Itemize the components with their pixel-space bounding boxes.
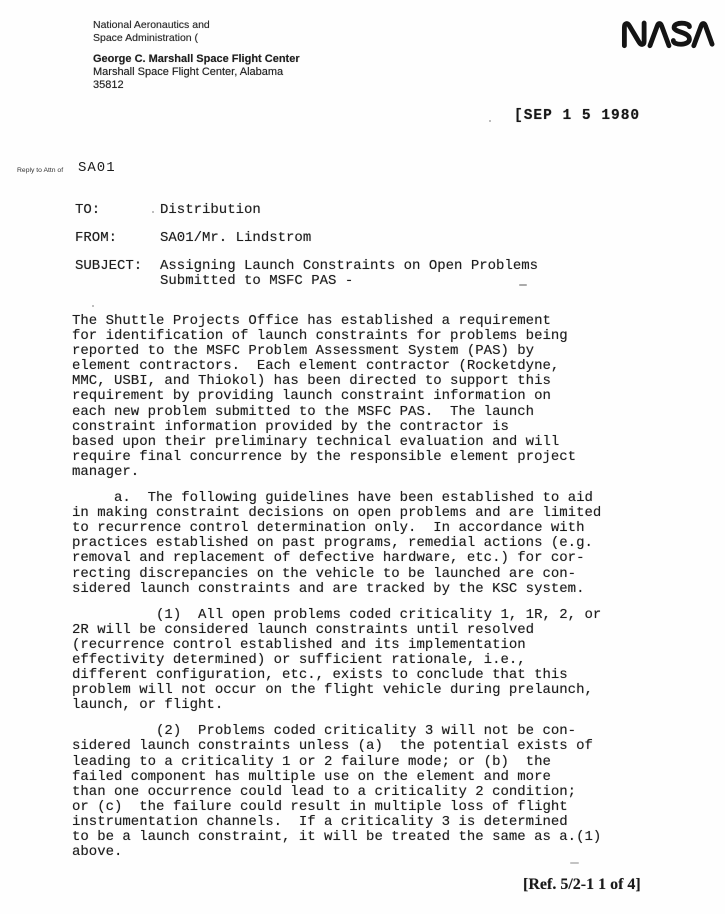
scan-noise	[152, 211, 154, 213]
date-stamp: [SEP 1 5 1980	[514, 108, 640, 124]
from-value: SA01/Mr. Lindstrom	[160, 231, 311, 246]
subject-value: Assigning Launch Constraints on Open Pro…	[160, 259, 538, 289]
center-address: George C. Marshall Space Flight Center M…	[93, 53, 300, 92]
center-name: George C. Marshall Space Flight Center	[93, 53, 300, 66]
scan-noise	[489, 120, 491, 122]
footer-reference: [Ref. 5/2-1 1 of 4]	[523, 876, 641, 894]
agency-name: National Aeronautics and Space Administr…	[93, 19, 210, 44]
scan-noise	[570, 862, 579, 864]
memo-body: The Shuttle Projects Office has establis…	[72, 314, 652, 871]
from-label: FROM:	[75, 231, 160, 246]
to-label: TO:	[75, 203, 160, 218]
paragraph-intro: The Shuttle Projects Office has establis…	[72, 314, 652, 480]
reply-to-label: Reply to Attn of	[17, 167, 63, 174]
center-city: Marshall Space Flight Center, Alabama	[93, 66, 300, 79]
memo-row-from: FROM:SA01/Mr. Lindstrom	[75, 231, 311, 246]
memo-row-subject: SUBJECT:Assigning Launch Constraints on …	[75, 259, 538, 289]
nasa-worm-logo-icon	[620, 16, 715, 52]
memo-row-to: TO:Distribution	[75, 203, 261, 218]
to-value: Distribution	[160, 203, 261, 218]
scan-noise	[92, 305, 94, 307]
paragraph-a: a. The following guidelines have been es…	[72, 491, 652, 597]
scanned-memo-page: National Aeronautics and Space Administr…	[0, 0, 725, 914]
paragraph-a2: (2) Problems coded criticality 3 will no…	[72, 724, 652, 860]
subject-label: SUBJECT:	[75, 259, 160, 274]
reply-to-code: SA01	[78, 160, 116, 176]
scan-noise	[519, 284, 527, 286]
paragraph-a1: (1) All open problems coded criticality …	[72, 608, 652, 714]
center-zip: 35812	[93, 79, 300, 92]
